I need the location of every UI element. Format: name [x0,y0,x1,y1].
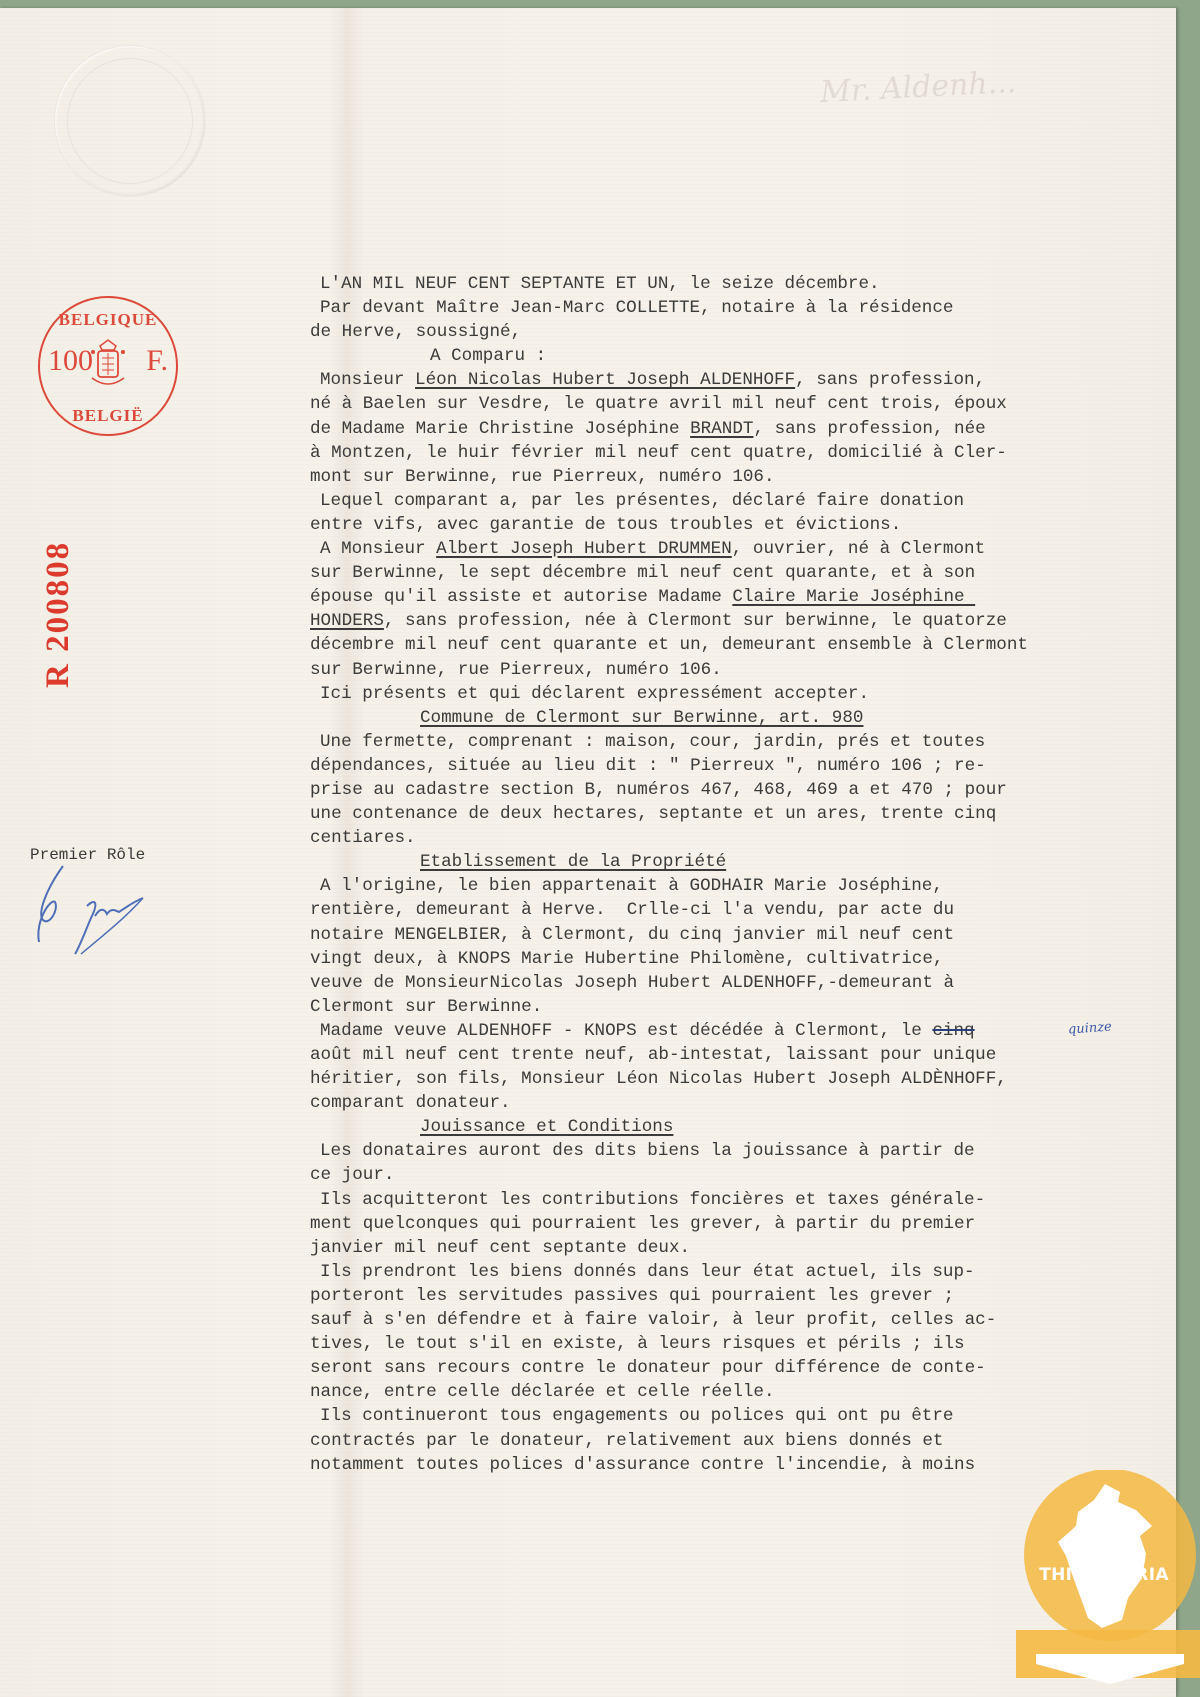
text-span: épouse qu'il assiste et autorise Madame [310,587,732,607]
stamp-top-text: BELGIQUE [40,310,176,330]
text-span: A Monsieur [320,539,436,559]
underlined-name: Claire Marie Joséphine [732,587,975,607]
text-line: né à Baelen sur Vesdre, le quatre avril … [310,392,1110,416]
embossed-seal [55,46,205,196]
text-line: de Herve, soussigné, [310,320,1110,344]
document-page: Mr. Aldenh... BELGIQUE 100 F. BELGIË R 2… [0,8,1176,1697]
text-line: prise au cadastre section B, numéros 467… [310,778,1110,802]
stamp-value: 100 [48,344,93,378]
section-heading: Jouissance et Conditions [310,1115,1110,1139]
section-heading-text: Commune de Clermont sur Berwinne, art. 9… [420,708,863,728]
deed-body-text: L'AN MIL NEUF CENT SEPTANTE ET UN, le se… [310,272,1110,1477]
text-line: épouse qu'il assiste et autorise Madame … [310,585,1110,609]
section-heading: A Comparu : [310,344,1110,368]
text-line: centiares. [310,826,1110,850]
text-line: Madame veuve ALDENHOFF - KNOPS est décéd… [310,1019,1110,1043]
text-line: A Monsieur Albert Joseph Hubert DRUMMEN,… [310,537,1110,561]
text-span: , sans profession, née à Clermont sur be… [384,611,1007,631]
section-heading-text: Etablissement de la Propriété [420,852,726,872]
text-line: rentière, demeurant à Herve. Crlle-ci l'… [310,898,1110,922]
text-line: HONDERS, sans profession, née à Clermont… [310,609,1110,633]
text-line: Ici présents et qui déclarent expresséme… [310,682,1110,706]
signature-mark [25,858,155,968]
watermark-label: THIMISTORIA [1022,1565,1186,1585]
text-line: sur Berwinne, rue Pierreux, numéro 106. [310,658,1110,682]
text-line: A l'origine, le bien appartenait à GODHA… [310,874,1110,898]
text-line: Les donataires auront des dits biens la … [310,1139,1110,1163]
underlined-name: Léon Nicolas Hubert Joseph ALDENHOFF [415,370,795,390]
text-span: , ouvrier, né à Clermont [732,539,985,559]
text-line: L'AN MIL NEUF CENT SEPTANTE ET UN, le se… [310,272,1110,296]
text-line: seront sans recours contre le donateur p… [310,1356,1110,1380]
text-line: Ils continueront tous engagements ou pol… [310,1404,1110,1428]
text-line: comparant donateur. [310,1091,1110,1115]
text-line: janvier mil neuf cent septante deux. [310,1236,1110,1260]
text-line: dépendances, située au lieu dit : " Pier… [310,754,1110,778]
text-line: mont sur Berwinne, rue Pierreux, numéro … [310,465,1110,489]
handwritten-correction: quinze [1068,1019,1113,1037]
stamp-unit: F. [146,344,168,378]
pencil-annotation: Mr. Aldenh... [819,65,1017,110]
section-heading: Etablissement de la Propriété [310,850,1110,874]
text-line: sauf à s'en défendre et à faire valoir, … [310,1308,1110,1332]
text-span: Madame veuve ALDENHOFF - KNOPS est décéd… [320,1021,932,1041]
text-span: de Madame Marie Christine Joséphine [310,419,690,439]
text-line: Monsieur Léon Nicolas Hubert Joseph ALDE… [310,368,1110,392]
text-line: tives, le tout s'il en existe, à leurs r… [310,1332,1110,1356]
underlined-name: BRANDT [690,419,753,439]
text-line: Une fermette, comprenant : maison, cour,… [310,730,1110,754]
text-line: une contenance de deux hectares, septant… [310,802,1110,826]
text-line: entre vifs, avec garantie de tous troubl… [310,513,1110,537]
text-line: Par devant Maître Jean-Marc COLLETTE, no… [310,296,1110,320]
section-heading-text: A Comparu : [430,346,546,366]
text-line: Clermont sur Berwinne. [310,995,1110,1019]
text-line: contractés par le donateur, relativement… [310,1429,1110,1453]
text-line: décembre mil neuf cent quarante et un, d… [310,633,1110,657]
text-span: Monsieur [320,370,415,390]
underlined-name: HONDERS [310,611,384,631]
text-line: veuve de MonsieurNicolas Joseph Hubert A… [310,971,1110,995]
text-span: , sans profession, née [753,419,985,439]
text-span: , sans profession, [795,370,985,390]
text-line: nance, entre celle déclarée et celle rée… [310,1380,1110,1404]
text-line: à Montzen, le huir février mil neuf cent… [310,441,1110,465]
section-heading: Commune de Clermont sur Berwinne, art. 9… [310,706,1110,730]
text-line: août mil neuf cent trente neuf, ab-intes… [310,1043,1110,1067]
underlined-name: Albert Joseph Hubert DRUMMEN [436,539,732,559]
text-line: notaire MENGELBIER, à Clermont, du cinq … [310,923,1110,947]
coat-of-arms-icon [88,338,128,390]
struck-text: cinq [932,1021,974,1041]
fiscal-stamp: BELGIQUE 100 F. BELGIË [38,296,178,436]
text-line: de Madame Marie Christine Joséphine BRAN… [310,417,1110,441]
text-line: héritier, son fils, Monsieur Léon Nicola… [310,1067,1110,1091]
serial-number: R 200808 [40,541,77,688]
text-line: Ils acquitteront les contributions fonci… [310,1188,1110,1212]
text-line: ment quelconques qui pourraient les grev… [310,1212,1110,1236]
section-heading-text: Jouissance et Conditions [420,1117,673,1137]
text-line: porteront les servitudes passives qui po… [310,1284,1110,1308]
stamp-bottom-text: BELGIË [40,406,176,426]
text-line: Ils prendront les biens donnés dans leur… [310,1260,1110,1284]
text-line: sur Berwinne, le sept décembre mil neuf … [310,561,1110,585]
text-line: notamment toutes polices d'assurance con… [310,1453,1110,1477]
text-line: Lequel comparant a, par les présentes, d… [310,489,1110,513]
text-line: ce jour. [310,1163,1110,1187]
text-line: vingt deux, à KNOPS Marie Hubertine Phil… [310,947,1110,971]
